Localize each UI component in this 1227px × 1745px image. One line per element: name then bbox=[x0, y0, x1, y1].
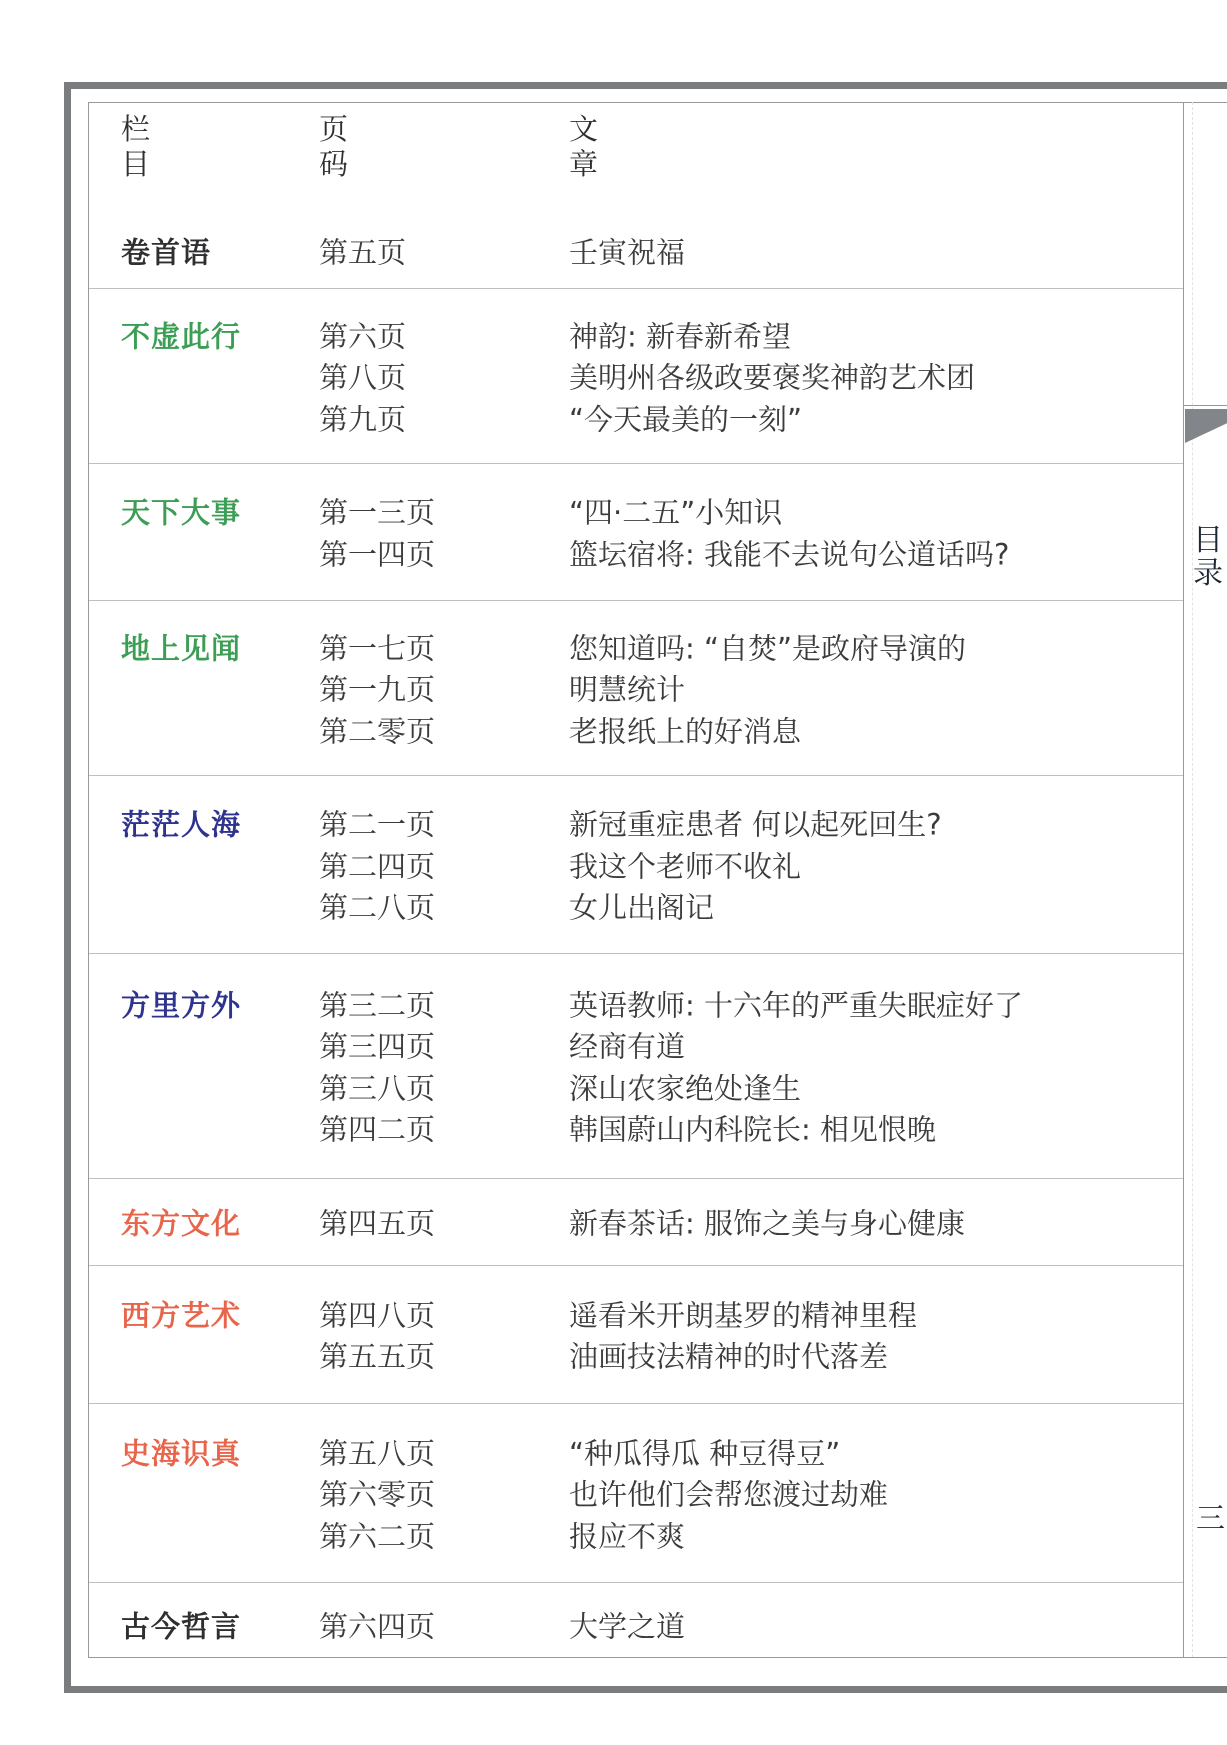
entry-article-title: 经商有道 bbox=[569, 1025, 685, 1066]
toc-row: 卷首语第五页壬寅祝福 bbox=[89, 231, 1183, 273]
entry-article-title: 您知道吗: “自焚”是政府导演的 bbox=[569, 626, 966, 667]
entry-page-number: 第六二页 bbox=[319, 1514, 435, 1555]
section-label: 卷首语 bbox=[121, 231, 211, 272]
entry-article-title: “四·二五”小知识 bbox=[569, 491, 782, 532]
entry-page-number: 第四二页 bbox=[319, 1108, 435, 1149]
toc-section: 地上见闻第一七页您知道吗: “自焚”是政府导演的第一九页明慧统计第二零页老报纸上… bbox=[89, 600, 1183, 775]
toc-row: 第二四页我这个老师不收礼 bbox=[89, 844, 1183, 886]
toc-row: 第五五页油画技法精神的时代落差 bbox=[89, 1335, 1183, 1377]
section-label: 东方文化 bbox=[121, 1202, 241, 1243]
toc-row: 西方艺术第四八页遥看米开朗基罗的精神里程 bbox=[89, 1293, 1183, 1335]
entry-article-title: 美明州各级政要褒奖神韵艺术团 bbox=[569, 356, 975, 397]
entry-page-number: 第三八页 bbox=[319, 1066, 435, 1107]
column-header-page: 页 码 bbox=[319, 112, 348, 182]
entry-page-number: 第六四页 bbox=[319, 1605, 435, 1646]
entry-article-title: 明慧统计 bbox=[569, 668, 685, 709]
entry-article-title: 也许他们会帮您渡过劫难 bbox=[569, 1473, 888, 1514]
entry-article-title: 油画技法精神的时代落差 bbox=[569, 1335, 888, 1376]
toc-row: 方里方外第三二页英语教师: 十六年的严重失眠症好了 bbox=[89, 983, 1183, 1025]
toc-row: 东方文化第四五页新春茶话: 服饰之美与身心健康 bbox=[89, 1201, 1183, 1243]
entry-page-number: 第六页 bbox=[319, 314, 406, 355]
entry-page-number: 第八页 bbox=[319, 356, 406, 397]
toc-row: 第八页美明州各级政要褒奖神韵艺术团 bbox=[89, 355, 1183, 397]
toc-row: 第一四页篮坛宿将: 我能不去说句公道话吗? bbox=[89, 532, 1183, 574]
toc-row: 第九页“今天最美的一刻” bbox=[89, 397, 1183, 439]
sidebar-rule bbox=[1184, 405, 1227, 406]
section-label: 西方艺术 bbox=[121, 1293, 241, 1334]
toc-section: 史海识真第五八页“种瓜得瓜 种豆得豆”第六零页也许他们会帮您渡过劫难第六二页报应… bbox=[89, 1403, 1183, 1582]
toc-row: 不虚此行第六页神韵: 新春新希望 bbox=[89, 314, 1183, 356]
entry-page-number: 第五八页 bbox=[319, 1431, 435, 1472]
entry-page-number: 第五页 bbox=[319, 231, 406, 272]
entry-page-number: 第六零页 bbox=[319, 1473, 435, 1514]
section-label: 方里方外 bbox=[121, 983, 241, 1024]
section-label: 地上见闻 bbox=[121, 626, 241, 667]
toc-row: 地上见闻第一七页您知道吗: “自焚”是政府导演的 bbox=[89, 626, 1183, 668]
column-header-section: 栏 目 bbox=[121, 112, 150, 182]
toc-row: 第六二页报应不爽 bbox=[89, 1514, 1183, 1556]
entry-page-number: 第四八页 bbox=[319, 1293, 435, 1334]
entry-page-number: 第二四页 bbox=[319, 844, 435, 885]
section-label: 茫茫人海 bbox=[121, 803, 241, 844]
entry-page-number: 第一三页 bbox=[319, 491, 435, 532]
entry-article-title: “种瓜得瓜 种豆得豆” bbox=[569, 1431, 840, 1472]
toc-section: 古今哲言第六四页大学之道 bbox=[89, 1582, 1183, 1657]
toc-row: 第三八页深山农家绝处逢生 bbox=[89, 1066, 1183, 1108]
toc-section: 西方艺术第四八页遥看米开朗基罗的精神里程第五五页油画技法精神的时代落差 bbox=[89, 1265, 1183, 1403]
entry-article-title: 新冠重症患者 何以起死回生? bbox=[569, 803, 942, 844]
toc-row: 茫茫人海第二一页新冠重症患者 何以起死回生? bbox=[89, 802, 1183, 844]
entry-page-number: 第九页 bbox=[319, 397, 406, 438]
entry-article-title: “今天最美的一刻” bbox=[569, 397, 802, 438]
entry-page-number: 第二一页 bbox=[319, 803, 435, 844]
entry-page-number: 第二八页 bbox=[319, 886, 435, 927]
entry-page-number: 第四五页 bbox=[319, 1202, 435, 1243]
toc-row: 古今哲言第六四页大学之道 bbox=[89, 1604, 1183, 1646]
entry-page-number: 第五五页 bbox=[319, 1335, 435, 1376]
table-bottom-rule bbox=[88, 1657, 1227, 1658]
toc-section: 不虚此行第六页神韵: 新春新希望第八页美明州各级政要褒奖神韵艺术团第九页“今天最… bbox=[89, 288, 1183, 463]
toc-section: 东方文化第四五页新春茶话: 服饰之美与身心健康 bbox=[89, 1178, 1183, 1265]
entry-article-title: 老报纸上的好消息 bbox=[569, 709, 801, 750]
column-header-article: 文 章 bbox=[569, 112, 598, 182]
entry-article-title: 遥看米开朗基罗的精神里程 bbox=[569, 1293, 917, 1334]
entry-article-title: 报应不爽 bbox=[569, 1514, 685, 1555]
entry-page-number: 第一四页 bbox=[319, 532, 435, 573]
entry-article-title: 壬寅祝福 bbox=[569, 231, 685, 272]
section-label: 天下大事 bbox=[121, 491, 241, 532]
entry-page-number: 第一七页 bbox=[319, 626, 435, 667]
entry-article-title: 女儿出阁记 bbox=[569, 886, 714, 927]
entry-article-title: 大学之道 bbox=[569, 1605, 685, 1646]
toc-row: 第六零页也许他们会帮您渡过劫难 bbox=[89, 1472, 1183, 1514]
entry-page-number: 第一九页 bbox=[319, 668, 435, 709]
entry-article-title: 神韵: 新春新希望 bbox=[569, 314, 791, 355]
toc-row: 第二八页女儿出阁记 bbox=[89, 885, 1183, 927]
entry-page-number: 第三二页 bbox=[319, 983, 435, 1024]
entry-article-title: 我这个老师不收礼 bbox=[569, 844, 801, 885]
entry-page-number: 第三四页 bbox=[319, 1025, 435, 1066]
section-label: 不虚此行 bbox=[121, 314, 241, 355]
toc-row: 史海识真第五八页“种瓜得瓜 种豆得豆” bbox=[89, 1431, 1183, 1473]
entry-article-title: 韩国蔚山内科院长: 相见恨晚 bbox=[569, 1108, 936, 1149]
section-label: 史海识真 bbox=[121, 1431, 241, 1472]
sidebar-issue-char: 三 bbox=[1196, 1496, 1225, 1537]
entry-article-title: 深山农家绝处逢生 bbox=[569, 1066, 801, 1107]
toc-section: 方里方外第三二页英语教师: 十六年的严重失眠症好了第三四页经商有道第三八页深山农… bbox=[89, 953, 1183, 1178]
section-label: 古今哲言 bbox=[121, 1605, 241, 1646]
toc-row: 第四二页韩国蔚山内科院长: 相见恨晚 bbox=[89, 1108, 1183, 1150]
toc-section: 茫茫人海第二一页新冠重症患者 何以起死回生?第二四页我这个老师不收礼第二八页女儿… bbox=[89, 775, 1183, 953]
fold-mark-line bbox=[1192, 102, 1193, 1657]
toc-row: 第三四页经商有道 bbox=[89, 1025, 1183, 1067]
entry-page-number: 第二零页 bbox=[319, 709, 435, 750]
toc-row: 第二零页老报纸上的好消息 bbox=[89, 709, 1183, 751]
entry-article-title: 新春茶话: 服饰之美与身心健康 bbox=[569, 1202, 965, 1243]
entry-article-title: 篮坛宿将: 我能不去说句公道话吗? bbox=[569, 532, 1009, 573]
sidebar-tab-contents: 目 录 bbox=[1193, 524, 1223, 590]
toc-table: 栏 目页 码文 章卷首语第五页壬寅祝福不虚此行第六页神韵: 新春新希望第八页美明… bbox=[88, 102, 1184, 1657]
toc-row: 第一九页明慧统计 bbox=[89, 667, 1183, 709]
toc-section: 天下大事第一三页“四·二五”小知识第一四页篮坛宿将: 我能不去说句公道话吗? bbox=[89, 463, 1183, 600]
toc-section: 栏 目页 码文 章卷首语第五页壬寅祝福 bbox=[89, 102, 1183, 288]
toc-row: 天下大事第一三页“四·二五”小知识 bbox=[89, 491, 1183, 533]
entry-article-title: 英语教师: 十六年的严重失眠症好了 bbox=[569, 983, 1023, 1024]
